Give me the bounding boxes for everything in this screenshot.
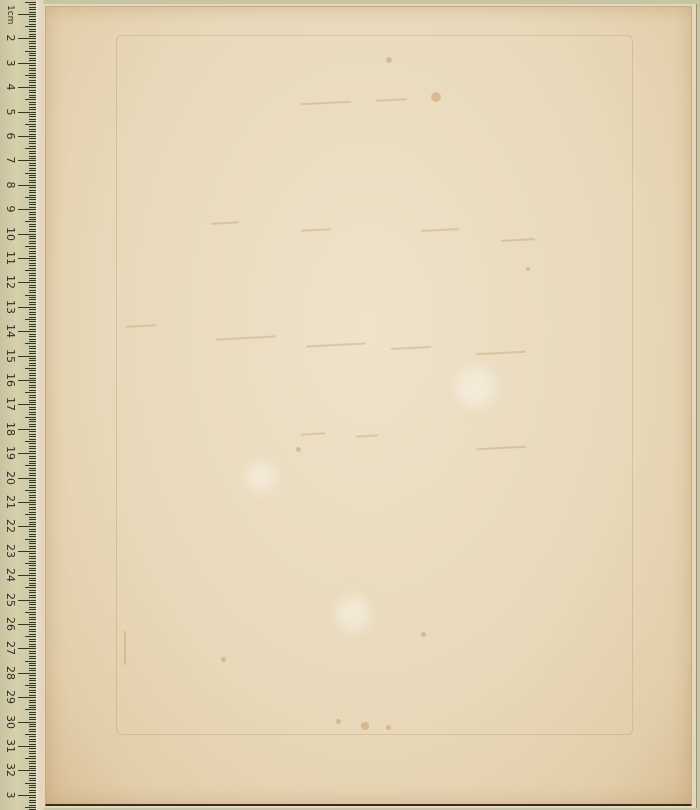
ruler-tick	[29, 141, 36, 142]
ruler-tick	[29, 775, 36, 776]
ruler-tick	[29, 192, 36, 193]
ruler-label: 13	[4, 298, 16, 316]
ruler-tick	[29, 561, 36, 562]
ruler-tick	[29, 190, 36, 191]
ruler-tick	[29, 504, 36, 505]
ruler-tick	[29, 524, 36, 525]
ruler-tick	[29, 578, 36, 579]
ruler-label: 25	[4, 591, 16, 609]
ruler-tick	[29, 419, 36, 420]
ruler-tick	[29, 214, 36, 215]
ruler-tick	[29, 731, 36, 732]
ruler-tick	[18, 551, 36, 552]
ruler-tick	[29, 768, 36, 769]
ruler-tick	[25, 587, 36, 588]
ruler-tick	[29, 21, 36, 22]
ruler-tick	[29, 522, 36, 523]
ruler-tick	[29, 395, 36, 396]
ruler-tick	[25, 807, 36, 808]
ruler-tick	[29, 607, 36, 608]
ruler-tick	[29, 317, 36, 318]
ruler-tick	[29, 109, 36, 110]
ruler-tick	[18, 112, 36, 113]
ruler-tick	[25, 221, 36, 222]
ruler-tick	[29, 702, 36, 703]
ruler-tick	[29, 744, 36, 745]
ruler-tick	[29, 531, 36, 532]
ruler-tick	[29, 707, 36, 708]
ruler-tick	[29, 663, 36, 664]
ruler-tick	[29, 231, 36, 232]
ruler-tick	[25, 685, 36, 686]
ruler-tick	[29, 729, 36, 730]
ruler-tick	[25, 343, 36, 344]
ruler-tick	[29, 341, 36, 342]
ruler-tick	[29, 241, 36, 242]
ruler-tick	[18, 648, 36, 649]
ruler-tick	[18, 722, 36, 723]
ruler-tick	[29, 314, 36, 315]
ruler-tick	[29, 482, 36, 483]
ruler-tick	[29, 226, 36, 227]
ruler-label: 2	[4, 29, 16, 47]
ruler-label: 19	[4, 444, 16, 462]
ruler-tick	[29, 131, 36, 132]
ruler-tick	[29, 470, 36, 471]
ruler-tick	[18, 356, 36, 357]
ruler-tick	[29, 553, 36, 554]
ruler-tick	[18, 404, 36, 405]
ruler-tick	[29, 763, 36, 764]
ruler-tick	[29, 629, 36, 630]
ruler-tick	[29, 390, 36, 391]
ruler-tick	[29, 773, 36, 774]
ruler-tick	[29, 370, 36, 371]
ruler-tick	[25, 124, 36, 125]
ruler-tick	[29, 402, 36, 403]
ruler-tick	[29, 585, 36, 586]
ruler-tick	[29, 800, 36, 801]
ruler-tick	[29, 407, 36, 408]
ruler-tick	[29, 412, 36, 413]
ruler-tick	[29, 463, 36, 464]
ruler-tick	[25, 99, 36, 100]
ruler-tick	[29, 263, 36, 264]
ruler-tick	[29, 360, 36, 361]
ruler-tick	[29, 487, 36, 488]
ruler-tick	[18, 234, 36, 235]
ruler-tick	[29, 217, 36, 218]
ruler-tick	[25, 514, 36, 515]
ruler-tick	[29, 85, 36, 86]
ruler-tick	[29, 251, 36, 252]
ruler-tick	[29, 695, 36, 696]
ruler-tick	[29, 77, 36, 78]
ruler-tick	[18, 185, 36, 186]
pale-spot	[336, 597, 370, 631]
ruler-tick	[29, 82, 36, 83]
ruler-tick	[29, 592, 36, 593]
ruler-tick	[29, 434, 36, 435]
ruler-tick	[29, 348, 36, 349]
ruler-tick	[18, 331, 36, 332]
ruler-tick	[29, 358, 36, 359]
ruler-tick	[29, 373, 36, 374]
ruler-tick	[29, 543, 36, 544]
ruler-tick	[18, 38, 36, 39]
ruler-tick	[29, 375, 36, 376]
ruler-tick	[29, 626, 36, 627]
ruler-tick	[29, 90, 36, 91]
ruler-tick	[25, 2, 36, 3]
ruler-tick	[29, 573, 36, 574]
ruler-tick	[25, 417, 36, 418]
ruler-tick	[29, 204, 36, 205]
ruler-tick	[29, 302, 36, 303]
ruler-label: 16	[4, 371, 16, 389]
ruler-tick	[29, 792, 36, 793]
ruler-tick	[18, 673, 36, 674]
ruler-tick	[29, 475, 36, 476]
ruler-tick	[29, 461, 36, 462]
ruler-tick	[29, 326, 36, 327]
ruler-tick	[29, 212, 36, 213]
ruler-tick	[29, 766, 36, 767]
ruler-tick	[18, 453, 36, 454]
ruler-tick	[29, 700, 36, 701]
ruler-tick	[29, 556, 36, 557]
ruler-tick	[29, 290, 36, 291]
ruler-label: 31	[4, 737, 16, 755]
stain-streak	[124, 631, 126, 665]
ruler-tick	[25, 148, 36, 149]
ruler-tick	[29, 619, 36, 620]
ruler-tick	[29, 614, 36, 615]
foxing-spot	[386, 57, 392, 63]
ruler-label: 14	[4, 322, 16, 340]
ruler-tick	[29, 385, 36, 386]
ruler-tick	[29, 658, 36, 659]
ruler-tick	[29, 43, 36, 44]
ruler-tick	[18, 478, 36, 479]
ruler-tick	[29, 70, 36, 71]
ruler-tick	[29, 451, 36, 452]
ruler-tick	[29, 705, 36, 706]
ruler-tick	[29, 199, 36, 200]
ruler-tick	[29, 156, 36, 157]
ruler-tick	[29, 102, 36, 103]
ruler-tick	[29, 687, 36, 688]
ruler-tick	[25, 612, 36, 613]
ruler-tick	[18, 307, 36, 308]
ruler-tick	[29, 517, 36, 518]
ruler-tick	[18, 282, 36, 283]
ruler-tick	[29, 761, 36, 762]
ruler-tick	[18, 502, 36, 503]
ruler-tick	[25, 709, 36, 710]
ruler-label: 8	[4, 176, 16, 194]
ruler-tick	[29, 339, 36, 340]
ruler-tick	[29, 163, 36, 164]
foxing-spot	[526, 267, 530, 271]
ruler-tick	[29, 653, 36, 654]
ruler-tick	[29, 641, 36, 642]
ruler-tick	[29, 692, 36, 693]
ruler-tick	[29, 787, 36, 788]
ruler-tick	[18, 87, 36, 88]
ruler-tick	[29, 55, 36, 56]
ruler-label: 11	[4, 249, 16, 267]
ruler-tick	[29, 353, 36, 354]
foxing-spot	[221, 657, 226, 662]
ruler-tick	[29, 180, 36, 181]
ruler-tick	[29, 260, 36, 261]
ruler-label: 20	[4, 469, 16, 487]
pale-spot	[456, 367, 496, 407]
ruler-label: 10	[4, 225, 16, 243]
ruler-tick	[29, 121, 36, 122]
ruler-tick	[18, 380, 36, 381]
ruler-tick	[29, 431, 36, 432]
ruler-tick	[29, 785, 36, 786]
ruler-tick	[29, 565, 36, 566]
ruler-tick	[29, 622, 36, 623]
ruler-tick	[18, 136, 36, 137]
ruler-tick	[29, 670, 36, 671]
ruler-tick	[25, 197, 36, 198]
ruler-tick	[18, 746, 36, 747]
ruler-tick	[29, 473, 36, 474]
ruler-tick	[29, 690, 36, 691]
ruler-tick	[29, 797, 36, 798]
foxing-spot	[361, 722, 369, 730]
ruler-tick	[29, 68, 36, 69]
ruler-tick	[18, 526, 36, 527]
ruler-tick	[29, 207, 36, 208]
ruler-tick	[29, 748, 36, 749]
ruler-label: 12	[4, 273, 16, 291]
ruler-tick	[29, 151, 36, 152]
ruler-tick	[29, 580, 36, 581]
ruler-tick	[25, 758, 36, 759]
ruler-tick	[29, 58, 36, 59]
ruler-tick	[29, 36, 36, 37]
ruler-label: 15	[4, 347, 16, 365]
ruler-tick	[29, 134, 36, 135]
ruler-tick	[25, 75, 36, 76]
ruler-tick	[29, 280, 36, 281]
ruler-tick	[29, 146, 36, 147]
ruler-tick	[29, 253, 36, 254]
ruler-tick	[29, 92, 36, 93]
ruler-tick	[29, 397, 36, 398]
ruler-tick	[29, 329, 36, 330]
ruler-tick	[29, 12, 36, 13]
ruler-tick	[29, 736, 36, 737]
ruler-tick	[25, 465, 36, 466]
ruler-tick	[25, 392, 36, 393]
ruler-tick	[18, 160, 36, 161]
ruler-tick	[29, 678, 36, 679]
ruler-tick	[29, 114, 36, 115]
ruler-label: 3	[4, 786, 16, 804]
ruler-tick	[29, 119, 36, 120]
ruler-tick	[29, 165, 36, 166]
ruler-label: 26	[4, 615, 16, 633]
foxing-spot	[386, 725, 391, 730]
ruler-tick	[18, 575, 36, 576]
ruler-tick	[29, 24, 36, 25]
ruler-tick	[29, 53, 36, 54]
ruler-tick	[25, 539, 36, 540]
ruler-tick	[29, 107, 36, 108]
ruler-tick	[29, 170, 36, 171]
ruler-label: 24	[4, 566, 16, 584]
ruler-tick	[29, 790, 36, 791]
ruler-tick	[25, 51, 36, 52]
ruler-tick	[29, 756, 36, 757]
ruler-label: 29	[4, 688, 16, 706]
ruler-tick	[29, 741, 36, 742]
ruler-tick	[29, 541, 36, 542]
plate-mark	[116, 35, 633, 735]
ruler-tick	[25, 636, 36, 637]
ruler-tick	[29, 634, 36, 635]
ruler-tick	[29, 480, 36, 481]
ruler-tick	[29, 780, 36, 781]
ruler-tick	[29, 714, 36, 715]
ruler-tick	[29, 304, 36, 305]
ruler-tick	[29, 346, 36, 347]
ruler-tick	[25, 441, 36, 442]
ruler-tick	[29, 187, 36, 188]
ruler-tick	[29, 126, 36, 127]
ruler-tick	[29, 583, 36, 584]
ruler-tick	[29, 665, 36, 666]
ruler-tick	[18, 795, 36, 796]
ruler-tick	[25, 319, 36, 320]
ruler-tick	[29, 299, 36, 300]
ruler-tick	[29, 595, 36, 596]
ruler-tick	[29, 175, 36, 176]
ruler-tick	[29, 534, 36, 535]
ruler-label: 27	[4, 639, 16, 657]
ruler-tick	[29, 236, 36, 237]
ruler-tick	[18, 14, 36, 15]
ruler-tick	[29, 351, 36, 352]
ruler-tick	[29, 48, 36, 49]
ruler-tick	[29, 639, 36, 640]
ruler-tick	[29, 568, 36, 569]
foxing-spot	[431, 92, 441, 102]
ruler-tick	[29, 229, 36, 230]
blank-page	[45, 6, 692, 806]
ruler-tick	[29, 292, 36, 293]
ruler-tick	[29, 456, 36, 457]
ruler-tick	[29, 778, 36, 779]
ruler-tick	[29, 617, 36, 618]
ruler-tick	[29, 644, 36, 645]
ruler-tick	[29, 546, 36, 547]
ruler-tick	[29, 9, 36, 10]
ruler-tick	[29, 448, 36, 449]
ruler-tick	[29, 646, 36, 647]
ruler-tick	[18, 429, 36, 430]
ruler-tick	[29, 485, 36, 486]
ruler-tick	[29, 34, 36, 35]
ruler-tick	[29, 195, 36, 196]
ruler-tick	[29, 439, 36, 440]
ruler-tick	[25, 270, 36, 271]
ruler-tick	[29, 443, 36, 444]
ruler-tick	[29, 256, 36, 257]
ruler-tick	[29, 31, 36, 32]
ruler-tick	[29, 365, 36, 366]
ruler-tick	[29, 726, 36, 727]
ruler-label: 4	[4, 78, 16, 96]
ruler-tick	[25, 734, 36, 735]
ruler-tick	[29, 602, 36, 603]
ruler-tick	[29, 168, 36, 169]
ruler-tick	[29, 309, 36, 310]
ruler-tick	[29, 712, 36, 713]
ruler-tick	[29, 268, 36, 269]
ruler-tick	[29, 16, 36, 17]
ruler-tick	[29, 570, 36, 571]
ruler-label: 17	[4, 395, 16, 413]
foxing-spot	[421, 632, 426, 637]
ruler-tick	[29, 500, 36, 501]
ruler-tick	[29, 497, 36, 498]
ruler-tick	[29, 177, 36, 178]
ruler-tick	[29, 363, 36, 364]
ruler-tick	[29, 409, 36, 410]
ruler-tick	[29, 651, 36, 652]
ruler-tick	[29, 336, 36, 337]
ruler-label: 22	[4, 517, 16, 535]
ruler-tick	[29, 46, 36, 47]
ruler-label: 5	[4, 103, 16, 121]
ruler-tick	[18, 209, 36, 210]
ruler-label: 7	[4, 151, 16, 169]
ruler-tick	[29, 153, 36, 154]
ruler-tick	[29, 182, 36, 183]
ruler-tick	[29, 238, 36, 239]
ruler-label: 18	[4, 420, 16, 438]
ruler-tick	[29, 421, 36, 422]
ruler-tick	[29, 512, 36, 513]
ruler-tick	[29, 80, 36, 81]
ruler-tick	[29, 41, 36, 42]
ruler-tick	[25, 661, 36, 662]
ruler-tick	[29, 4, 36, 5]
ruler-tick	[29, 287, 36, 288]
ruler-tick	[29, 104, 36, 105]
ruler-tick	[29, 548, 36, 549]
ruler-tick	[29, 273, 36, 274]
ruler-tick	[29, 202, 36, 203]
ruler-tick	[29, 590, 36, 591]
ruler-tick	[29, 73, 36, 74]
ruler-tick	[29, 143, 36, 144]
ruler-tick	[29, 683, 36, 684]
ruler-label: 21	[4, 493, 16, 511]
ruler-tick	[25, 246, 36, 247]
ruler-tick	[29, 426, 36, 427]
ruler-tick	[29, 507, 36, 508]
ruler-tick	[29, 519, 36, 520]
ruler-tick	[29, 609, 36, 610]
